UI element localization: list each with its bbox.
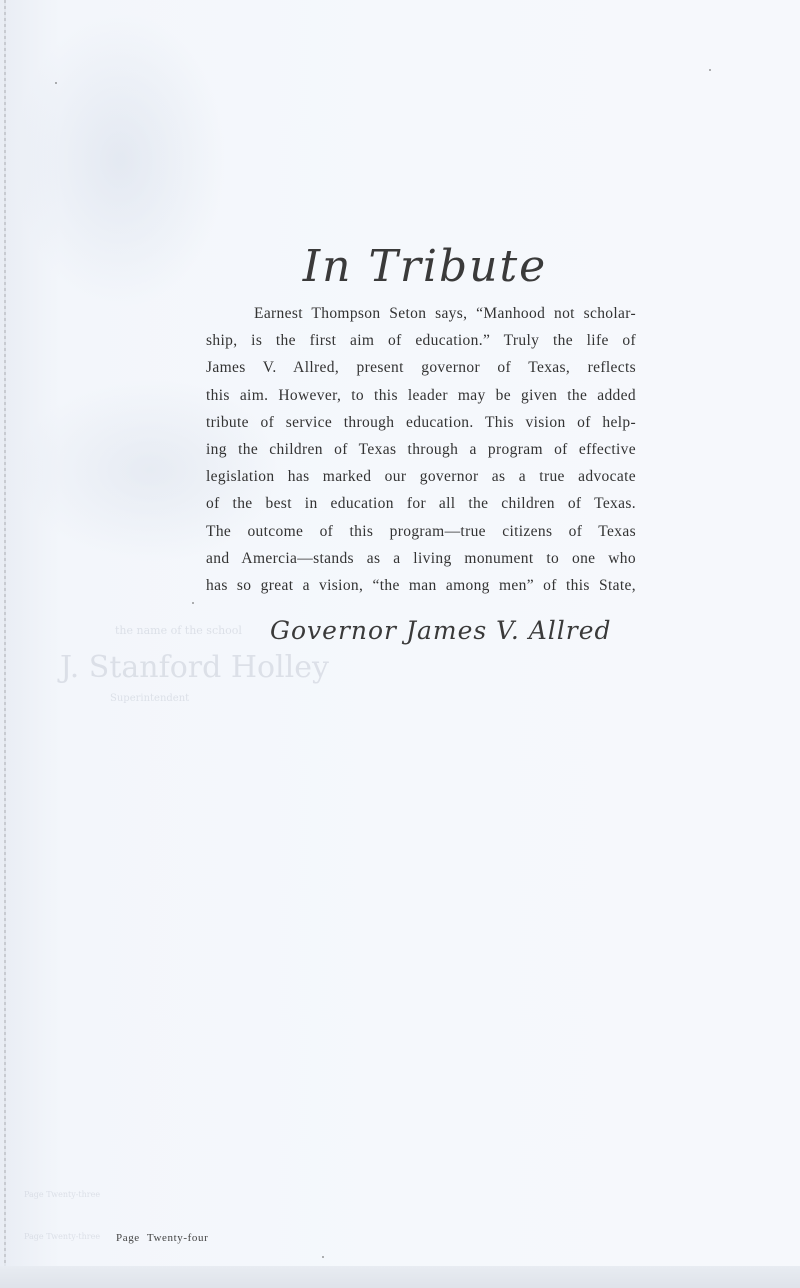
- paragraph-line: ship, is the first aim of education.” Tr…: [206, 327, 636, 354]
- scan-bottom-edge: [0, 1266, 800, 1288]
- scanned-page: the name of the school J. Stanford Holle…: [0, 0, 800, 1288]
- paragraph-line: The outcome of this program—true citizen…: [206, 518, 636, 545]
- paragraph-line: Earnest Thompson Seton says, “Manhood no…: [206, 300, 636, 327]
- tribute-paragraph: Earnest Thompson Seton says, “Manhood no…: [206, 300, 636, 599]
- binding-edge: [4, 0, 6, 1288]
- paragraph-line: this aim. However, to this leader may be…: [206, 382, 636, 409]
- signature: Governor James V. Allred: [270, 616, 610, 645]
- show-through-footer-bottom: Page Twenty-three: [24, 1232, 100, 1241]
- show-through-subtitle: Superintendent: [110, 693, 189, 704]
- paragraph-line: tribute of service through education. Th…: [206, 409, 636, 436]
- page-number: Page Twenty-four: [116, 1232, 208, 1244]
- scan-speck: [192, 602, 194, 604]
- paragraph-line: has so great a vision, “the man among me…: [206, 572, 636, 599]
- show-through-line: the name of the school: [115, 624, 242, 637]
- show-through-name: J. Stanford Holley: [60, 650, 329, 685]
- scan-speck: [55, 82, 57, 84]
- page-title: In Tribute: [0, 241, 800, 292]
- paragraph-line: James V. Allred, present governor of Tex…: [206, 354, 636, 381]
- paragraph-line: ing the children of Texas through a prog…: [206, 436, 636, 463]
- paragraph-line: and Amercia—stands as a living monument …: [206, 545, 636, 572]
- show-through-footer-top: Page Twenty-three: [24, 1190, 100, 1199]
- scan-speck: [322, 1256, 324, 1258]
- scan-speck: [709, 69, 711, 71]
- paragraph-line: of the best in education for all the chi…: [206, 490, 636, 517]
- paragraph-line: legislation has marked our governor as a…: [206, 463, 636, 490]
